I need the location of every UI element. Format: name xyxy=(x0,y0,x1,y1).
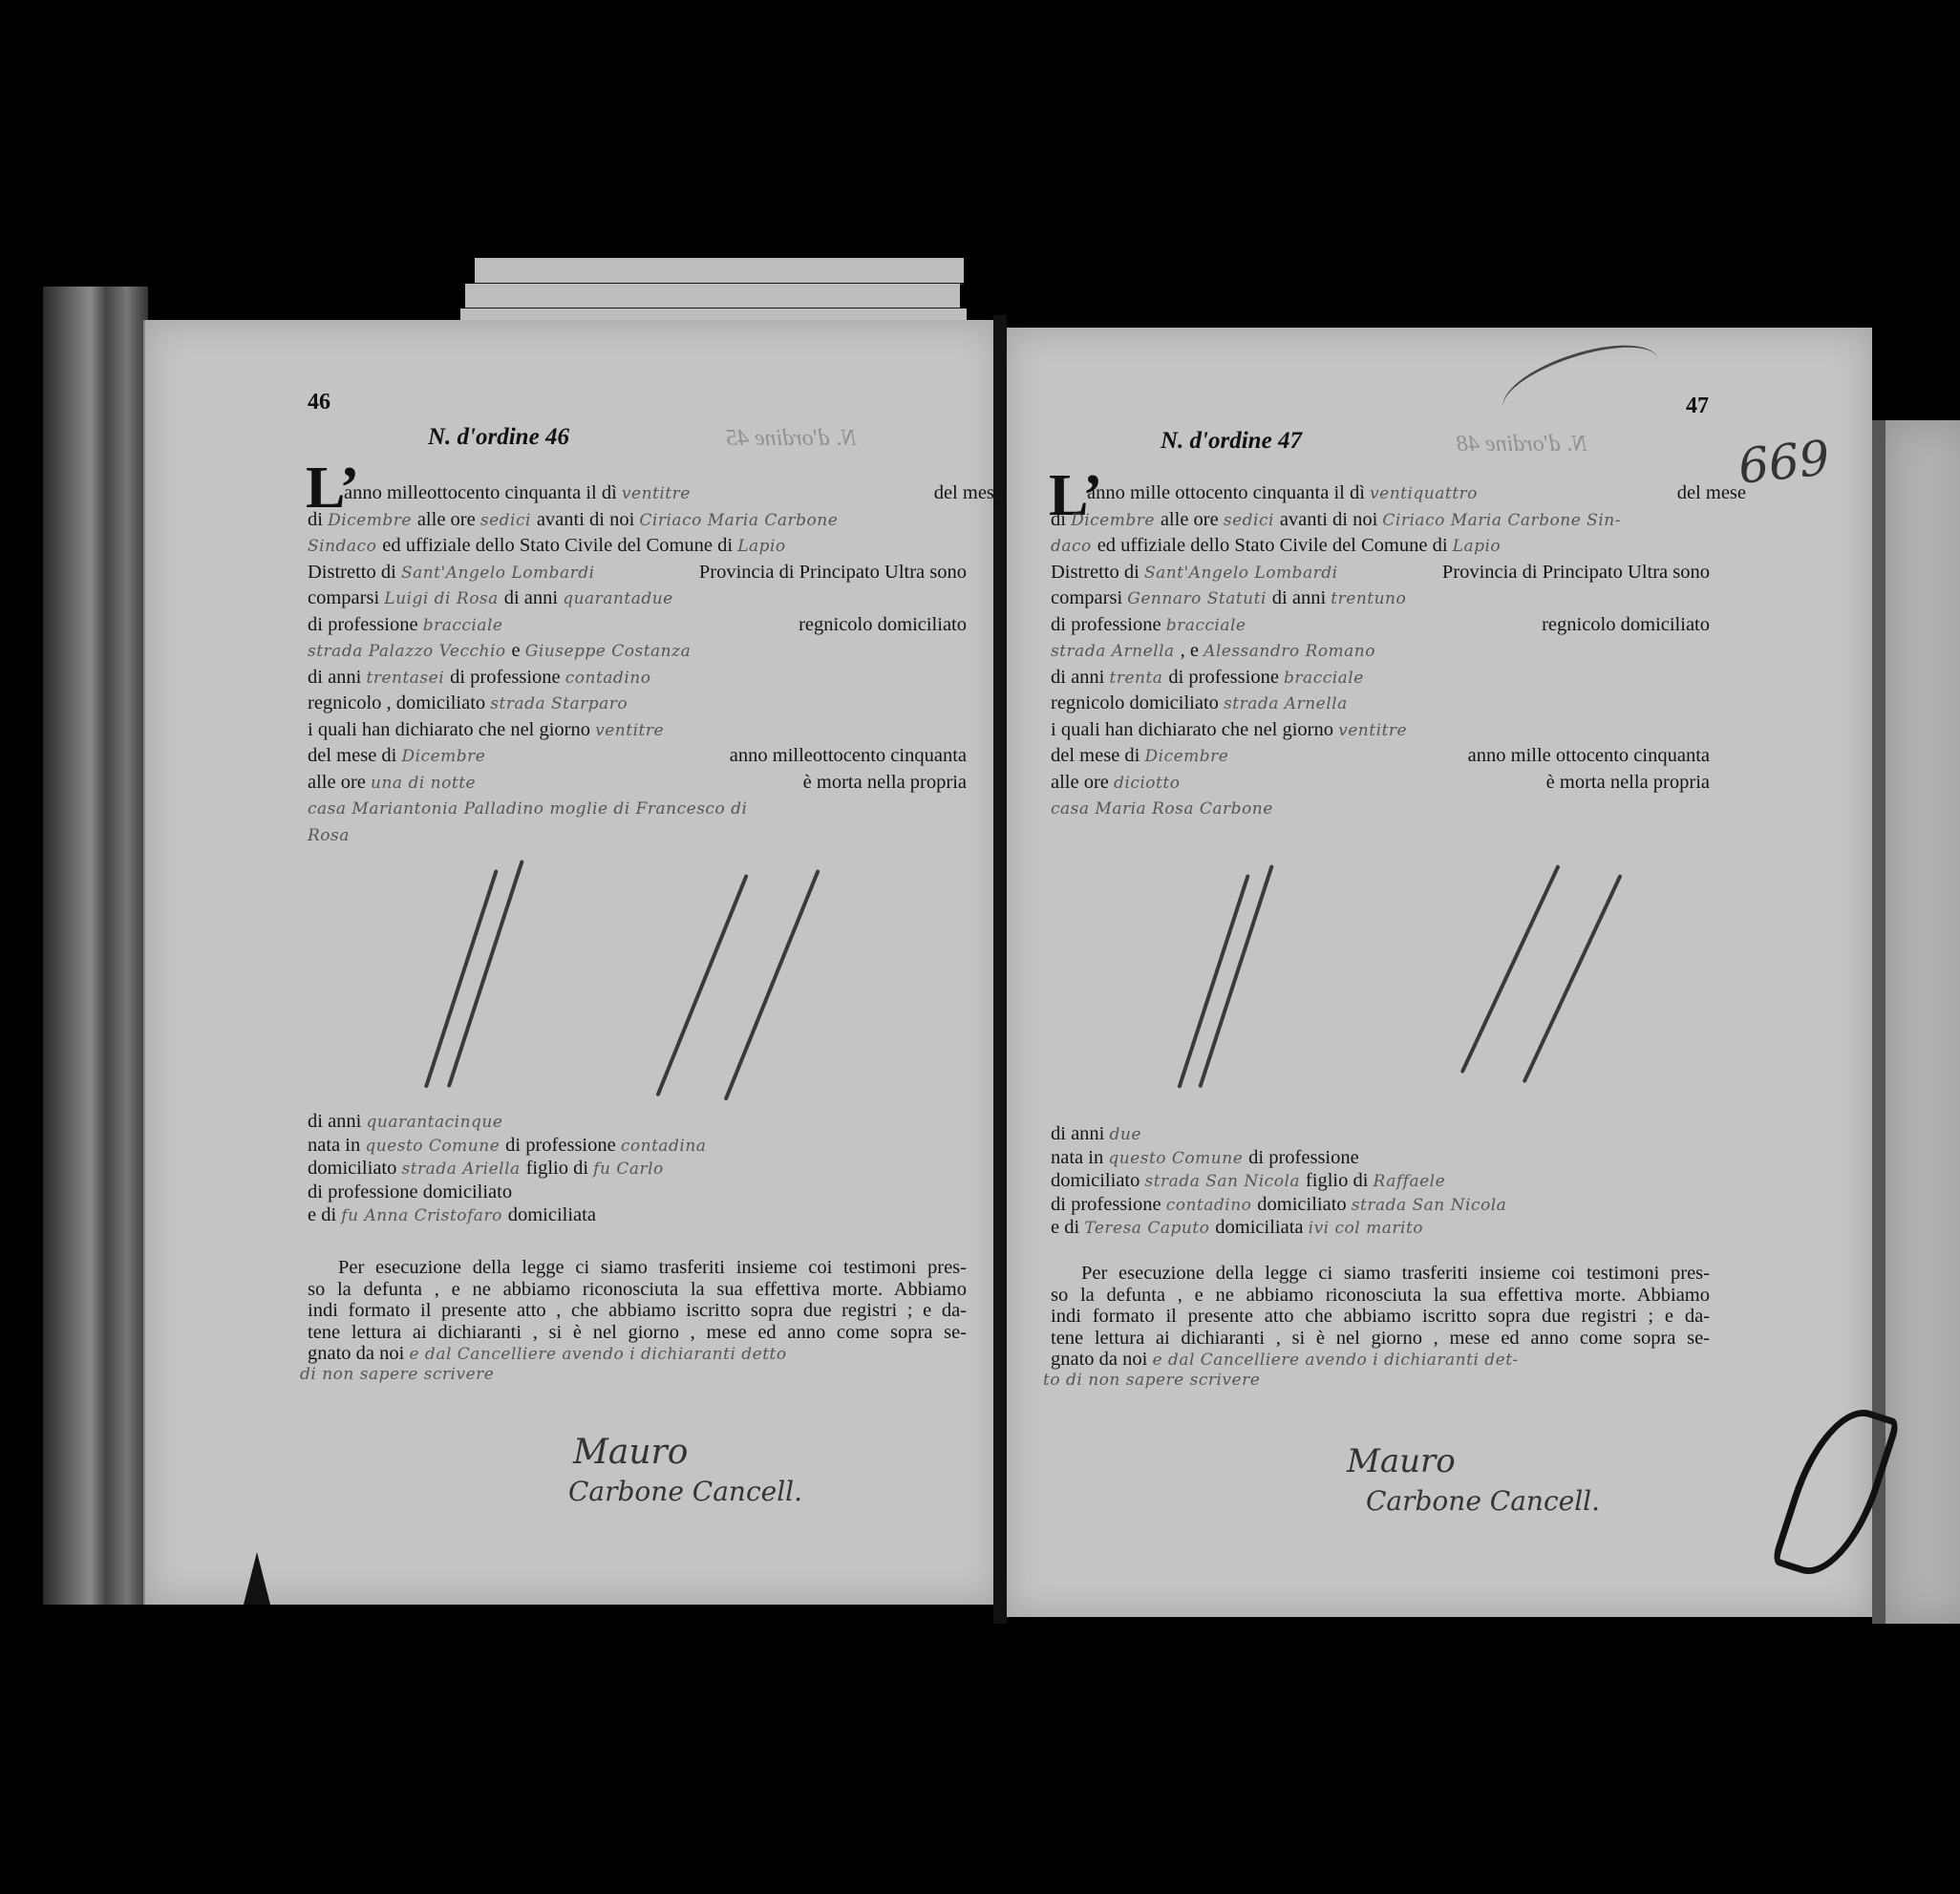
right-page-number: 47 xyxy=(1686,394,1709,419)
form-line: nata in questo Comune di professione con… xyxy=(308,1135,967,1157)
handwritten-entry: Gennaro Statuti xyxy=(1127,589,1272,608)
corner-tab xyxy=(244,1552,270,1605)
printed-text: di professione xyxy=(308,1181,423,1202)
left-bleedthrough-heading: N. d'ordine 45 xyxy=(726,426,857,452)
book-left-edge xyxy=(43,287,148,1605)
form-line: i quali han dichiarato che nel giorno ve… xyxy=(1051,719,1710,741)
printed-text: e xyxy=(512,640,525,661)
form-line: di professione contadino domiciliato str… xyxy=(1051,1194,1710,1216)
handwritten-entry: ventitre xyxy=(595,721,664,740)
closing-line: indi formato il presente atto che abbiam… xyxy=(1051,1306,1710,1328)
printed-text: domiciliato xyxy=(1051,1170,1145,1191)
left-page-number: 46 xyxy=(308,390,330,415)
printed-text: di xyxy=(1051,509,1071,530)
printed-text: di professione xyxy=(1051,614,1166,635)
handwritten-entry: strada Arnella xyxy=(1224,694,1348,713)
handwritten-entry: Giuseppe Costanza xyxy=(525,642,691,661)
handwritten-entry: sedici xyxy=(1224,511,1280,530)
printed-text: figlio di xyxy=(526,1158,594,1179)
handwritten-entry: Ciriaco Maria Carbone xyxy=(639,511,838,530)
handwritten-entry: Alessandro Romano xyxy=(1204,642,1375,661)
handwritten-entry: daco xyxy=(1051,537,1097,556)
form-line: di professione domiciliato xyxy=(308,1181,967,1203)
printed-text: del mese xyxy=(1677,482,1746,504)
printed-text: ed uffiziale dello Stato Civile del Comu… xyxy=(1097,535,1453,556)
printed-text: del mese di xyxy=(1051,745,1145,766)
handwritten-entry: quarantacinque xyxy=(367,1113,503,1132)
printed-text: alle ore xyxy=(1161,509,1224,530)
printed-text: comparsi xyxy=(1051,587,1127,608)
printed-text: alle ore xyxy=(417,509,480,530)
handwritten-entry: Sant'Angelo Lombardi xyxy=(1144,564,1338,583)
handwritten-entry: strada Ariella xyxy=(402,1160,526,1179)
handwritten-entry: trenta xyxy=(1110,669,1169,688)
printed-text: anno milleottocento cinquanta xyxy=(730,745,967,767)
form-line: domiciliato strada Ariella figlio di fu … xyxy=(308,1158,967,1180)
printed-text: domiciliato xyxy=(308,1158,402,1179)
printed-text: , e xyxy=(1181,640,1204,661)
printed-text: anno milleottocento cinquanta il dì xyxy=(344,482,622,503)
printed-text: ed uffiziale dello Stato Civile del Comu… xyxy=(382,535,737,556)
printed-text: Distretto di xyxy=(1051,562,1144,583)
handwritten-entry: quarantadue xyxy=(563,589,673,608)
form-line: del mese di Dicembre anno mille ottocent… xyxy=(1051,745,1710,767)
printed-text: avanti di noi xyxy=(537,509,640,530)
printed-text: di professione xyxy=(505,1135,621,1156)
book-spine xyxy=(993,315,1007,1624)
form-line: anno mille ottocento cinquanta il dì ven… xyxy=(1087,482,1746,504)
handwritten-entry: diciotto xyxy=(1114,774,1180,793)
handwritten-entry: ivi col marito xyxy=(1309,1219,1423,1238)
handwritten-entry: Lapio xyxy=(1453,537,1501,556)
form-line: alle ore diciotto è morta nella propria xyxy=(1051,772,1710,794)
printed-text: regnicolo domiciliato xyxy=(799,614,967,636)
form-line: i quali han dichiarato che nel giorno ve… xyxy=(308,719,967,741)
form-line: di Dicembre alle ore sedici avanti di no… xyxy=(1051,509,1710,531)
archive-number: 669 xyxy=(1736,430,1832,495)
form-line: del mese di Dicembre anno milleottocento… xyxy=(308,745,967,767)
order-label: N. d'ordine xyxy=(1161,428,1272,454)
form-line: casa Mariantonia Palladino moglie di Fra… xyxy=(308,798,967,819)
printed-text: di professione xyxy=(308,614,423,635)
printed-text: alle ore xyxy=(1051,772,1114,793)
right-bleedthrough-heading: N. d'ordine 48 xyxy=(1457,432,1587,458)
handwritten-entry: strada San Nicola xyxy=(1145,1172,1306,1191)
form-line: di professione bracciale regnicolo domic… xyxy=(308,614,967,636)
printed-text: i quali han dichiarato che nel giorno xyxy=(308,719,595,740)
form-line: strada Palazzo Vecchio e Giuseppe Costan… xyxy=(308,640,967,662)
form-line: strada Arnella , e Alessandro Romano xyxy=(1051,640,1710,662)
handwritten-entry: to di non sapere scrivere xyxy=(1043,1371,1260,1390)
printed-text: regnicolo , domiciliato xyxy=(308,692,490,713)
handwritten-entry: Dicembre xyxy=(1071,511,1161,530)
handwritten-entry: Dicembre xyxy=(402,747,486,766)
printed-text: del mese xyxy=(934,482,1003,504)
printed-text: Distretto di xyxy=(308,562,401,583)
form-line: comparsi Gennaro Statuti di anni trentun… xyxy=(1051,587,1710,609)
page-stack-top-1 xyxy=(475,258,964,286)
handwritten-entry: Raffaele xyxy=(1374,1172,1446,1191)
handwritten-entry: di non sapere scrivere xyxy=(300,1365,494,1384)
handwritten-entry: Teresa Caputo xyxy=(1084,1219,1215,1238)
right-signature-2: Carbone Cancell. xyxy=(1366,1485,1600,1517)
handwritten-entry: fu Carlo xyxy=(593,1160,664,1179)
handwritten-entry: strada Palazzo Vecchio xyxy=(308,642,512,661)
right-signature-1: Mauro xyxy=(1347,1442,1456,1480)
form-line: alle ore una di notte è morta nella prop… xyxy=(308,772,967,794)
form-line: regnicolo , domiciliato strada Starparo xyxy=(308,692,967,714)
handwritten-entry: Rosa xyxy=(308,826,350,845)
handwritten-entry: Sant'Angelo Lombardi xyxy=(401,564,595,583)
form-line: domiciliato strada San Nicola figlio di … xyxy=(1051,1170,1710,1192)
printed-text: nata in xyxy=(308,1135,365,1156)
printed-text: di anni xyxy=(1051,1123,1110,1144)
printed-text: anno mille ottocento cinquanta xyxy=(1468,745,1710,767)
form-line: di Dicembre alle ore sedici avanti di no… xyxy=(308,509,967,531)
closing-line: Per esecuzione della legge ci siamo tras… xyxy=(308,1257,967,1279)
handwritten-entry: bracciale xyxy=(423,616,503,635)
printed-text: di professione xyxy=(1051,1194,1166,1215)
form-line: daco ed uffiziale dello Stato Civile del… xyxy=(1051,535,1710,557)
printed-text: e di xyxy=(1051,1217,1084,1238)
order-number: 46 xyxy=(545,424,569,450)
handwritten-entry: contadino xyxy=(565,669,651,688)
form-line: e di fu Anna Cristofaro domiciliata xyxy=(308,1204,967,1226)
handwritten-entry: Sindaco xyxy=(308,537,382,556)
closing-line: so la defunta , e ne abbiamo riconosciut… xyxy=(308,1279,967,1301)
printed-text: gnato da noi xyxy=(1051,1349,1152,1370)
printed-text: domiciliata xyxy=(1215,1217,1308,1238)
printed-text: Provincia di Principato Ultra sono xyxy=(1442,562,1710,584)
right-order-heading: N. d'ordine 47 xyxy=(1161,428,1302,455)
handwritten-entry: questo Comune xyxy=(1108,1149,1248,1168)
handwritten-entry: bracciale xyxy=(1166,616,1246,635)
form-line: casa Maria Rosa Carbone xyxy=(1051,798,1710,819)
printed-text: anno mille ottocento cinquanta il dì xyxy=(1087,482,1370,503)
form-line: e di Teresa Caputo domiciliata ivi col m… xyxy=(1051,1217,1710,1239)
printed-text: è morta nella propria xyxy=(1546,772,1710,794)
printed-text: comparsi xyxy=(308,587,384,608)
printed-text: di anni xyxy=(308,667,367,688)
closing-line: so la defunta , e ne abbiamo riconosciut… xyxy=(1051,1285,1710,1307)
printed-text: gnato da noi xyxy=(308,1343,409,1364)
closing-line: tene lettura ai dichiaranti , si è nel g… xyxy=(1051,1328,1710,1350)
handwritten-entry: due xyxy=(1110,1125,1141,1144)
handwritten-entry: e dal Cancelliere avendo i dichiaranti d… xyxy=(1152,1351,1518,1370)
handwritten-entry: ventiquattro xyxy=(1370,484,1478,503)
closing-line: Per esecuzione della legge ci siamo tras… xyxy=(1051,1263,1710,1285)
handwritten-entry: fu Anna Cristofaro xyxy=(341,1206,507,1225)
printed-text: e di xyxy=(308,1204,341,1225)
printed-text: regnicolo domiciliato xyxy=(1542,614,1710,636)
left-signature-1: Mauro xyxy=(573,1433,688,1472)
printed-text: domiciliato xyxy=(423,1181,512,1202)
handwritten-entry: casa Maria Rosa Carbone xyxy=(1051,799,1273,819)
closing-line: tene lettura ai dichiaranti , si è nel g… xyxy=(308,1322,967,1344)
printed-text: di professione xyxy=(1168,667,1284,688)
form-line: Rosa xyxy=(308,824,967,846)
form-line: di professione bracciale regnicolo domic… xyxy=(1051,614,1710,636)
printed-text: i quali han dichiarato che nel giorno xyxy=(1051,719,1338,740)
order-label: N. d'ordine xyxy=(428,424,540,450)
order-number: 47 xyxy=(1278,428,1302,454)
handwritten-entry: strada Starparo xyxy=(490,694,628,713)
handwritten-entry: ventitre xyxy=(1338,721,1407,740)
handwritten-entry: Dicembre xyxy=(328,511,417,530)
handwritten-entry: strada San Nicola xyxy=(1352,1196,1507,1215)
handwritten-entry: sedici xyxy=(480,511,537,530)
printed-text: di anni xyxy=(1051,667,1110,688)
handwritten-entry: una di notte xyxy=(371,774,476,793)
printed-text: avanti di noi xyxy=(1280,509,1383,530)
printed-text: Provincia di Principato Ultra sono xyxy=(699,562,967,584)
form-line: regnicolo domiciliato strada Arnella xyxy=(1051,692,1710,714)
handwritten-entry: Dicembre xyxy=(1145,747,1229,766)
handwritten-entry: casa Mariantonia Palladino moglie di Fra… xyxy=(308,799,747,819)
form-line: Sindaco ed uffiziale dello Stato Civile … xyxy=(308,535,967,557)
printed-text: nata in xyxy=(1051,1147,1108,1168)
handwritten-entry: Ciriaco Maria Carbone Sin- xyxy=(1382,511,1621,530)
handwritten-entry: Luigi di Rosa xyxy=(384,589,503,608)
printed-text: alle ore xyxy=(308,772,371,793)
form-line: di anni trentasei di professione contadi… xyxy=(308,667,967,689)
printed-text: del mese di xyxy=(308,745,402,766)
printed-text: regnicolo domiciliato xyxy=(1051,692,1224,713)
printed-text: è morta nella propria xyxy=(803,772,967,794)
form-line: di anni due xyxy=(1051,1123,1710,1145)
handwritten-entry: trentuno xyxy=(1331,589,1406,608)
printed-text: di professione xyxy=(1248,1147,1359,1168)
closing-line: gnato da noi e dal Cancelliere avendo i … xyxy=(1051,1349,1519,1371)
handwritten-entry: strada Arnella xyxy=(1051,642,1181,661)
form-line: anno milleottocento cinquanta il dì vent… xyxy=(344,482,1003,504)
form-line: di anni quarantacinque xyxy=(308,1111,967,1133)
form-line: di anni trenta di professione bracciale xyxy=(1051,667,1710,689)
handwritten-entry: contadino xyxy=(1166,1196,1258,1215)
left-signature-2: Carbone Cancell. xyxy=(568,1476,802,1507)
printed-text: figlio di xyxy=(1306,1170,1374,1191)
printed-text: domiciliata xyxy=(508,1204,596,1225)
form-line: Distretto di Sant'Angelo Lombardi Provin… xyxy=(1051,562,1710,584)
handwritten-entry: bracciale xyxy=(1284,669,1364,688)
form-line: comparsi Luigi di Rosa di anni quarantad… xyxy=(308,587,967,609)
handwritten-entry: Lapio xyxy=(737,537,785,556)
printed-text: di xyxy=(308,509,328,530)
left-order-heading: N. d'ordine 46 xyxy=(428,424,569,451)
form-line: nata in questo Comune di professione xyxy=(1051,1147,1710,1169)
printed-text: di professione xyxy=(450,667,565,688)
handwritten-entry: trentasei xyxy=(367,669,451,688)
page-stack-top-2 xyxy=(465,284,960,310)
printed-text: di anni xyxy=(308,1111,367,1132)
closing-line: indi formato il presente atto , che abbi… xyxy=(308,1300,967,1322)
closing-line: gnato da noi e dal Cancelliere avendo i … xyxy=(308,1343,787,1365)
handwritten-entry: ventitre xyxy=(622,484,691,503)
printed-text: domiciliato xyxy=(1257,1194,1352,1215)
handwritten-entry: e dal Cancelliere avendo i dichiaranti d… xyxy=(409,1345,786,1364)
handwritten-entry: questo Comune xyxy=(365,1137,505,1156)
printed-text: di anni xyxy=(504,587,564,608)
printed-text: di anni xyxy=(1272,587,1332,608)
form-line: Distretto di Sant'Angelo Lombardi Provin… xyxy=(308,562,967,584)
handwritten-entry: contadina xyxy=(621,1137,707,1156)
